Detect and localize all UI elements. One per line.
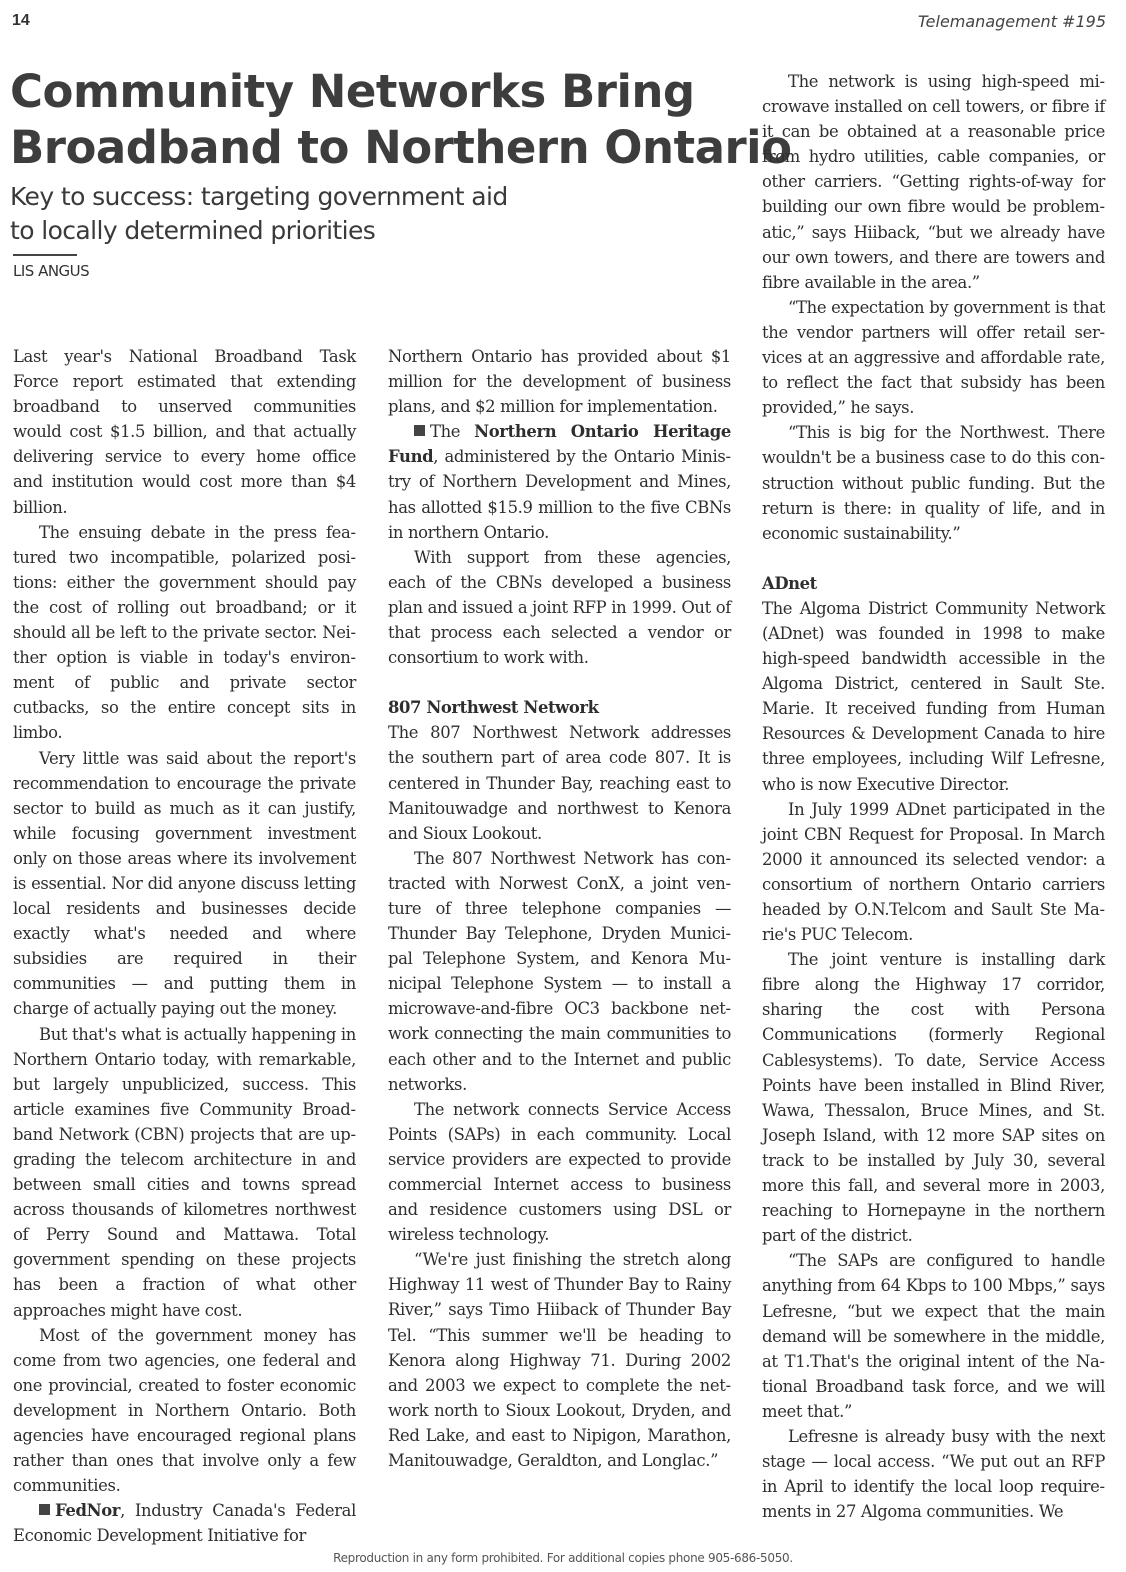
paragraph: The joint venture is installing dark fib… <box>762 947 1105 1248</box>
section-heading-807: 807 Northwest Network <box>388 695 731 720</box>
bullet-square-icon <box>414 425 425 436</box>
paragraph: The network is using high-speed mi­crowa… <box>762 69 1105 295</box>
spacer <box>762 546 1105 571</box>
paragraph: The 807 Northwest Network has con­tracte… <box>388 846 731 1097</box>
column-2: Northern Ontario has provided about $1 m… <box>388 344 731 1473</box>
paragraph: The 807 Northwest Network addresses the … <box>388 720 731 845</box>
column-1: Last year's National Broadband Task Forc… <box>13 344 356 1549</box>
subtitle-line-2: to locally determined priorities <box>10 214 550 248</box>
paragraph: Very little was said about the report's … <box>13 746 356 1022</box>
paragraph: Last year's National Broadband Task Forc… <box>13 344 356 520</box>
subtitle-line-1: Key to success: targeting government aid <box>10 180 550 214</box>
paragraph: “We're just finishing the stretch along … <box>388 1247 731 1473</box>
paragraph: With support from these agencies, each o… <box>388 545 731 670</box>
section-heading-adnet: ADnet <box>762 571 1105 596</box>
paragraph: The ensuing debate in the press fea­ture… <box>13 520 356 746</box>
paragraph: The Algoma District Community Network (A… <box>762 596 1105 797</box>
paragraph: The network connects Service Access Poin… <box>388 1097 731 1248</box>
article-subtitle: Key to success: targeting government aid… <box>10 180 550 248</box>
agency-name: FedNor <box>55 1501 120 1520</box>
bullet-square-icon <box>39 1504 50 1515</box>
page-number: 14 <box>12 12 30 30</box>
paragraph: “This is big for the Northwest. There wo… <box>762 420 1105 545</box>
paragraph: “The SAPs are configured to handle anyth… <box>762 1248 1105 1424</box>
paragraph: Most of the government money has come fr… <box>13 1323 356 1499</box>
paragraph: Lefresne is already busy with the next s… <box>762 1424 1105 1524</box>
paragraph: “The expectation by government is that t… <box>762 295 1105 420</box>
column-3: The network is using high-speed mi­crowa… <box>762 69 1105 1524</box>
paragraph-text: The <box>430 422 474 441</box>
paragraph-heritage-fund: The Northern Ontario Heritage Fund, admi… <box>388 419 731 544</box>
publication-issue: Telemanagement #195 <box>918 12 1106 31</box>
byline-rule <box>13 254 77 256</box>
title-line-1: Community Networks Bring <box>10 64 740 120</box>
paragraph: In July 1999 ADnet participated in the j… <box>762 797 1105 948</box>
paragraph: Northern Ontario has provided about $1 m… <box>388 344 731 419</box>
paragraph-text: , administered by the Ontario Minis­try … <box>388 447 731 541</box>
byline: LIS ANGUS <box>13 262 89 280</box>
article-title: Community Networks Bring Broadband to No… <box>10 64 740 176</box>
paragraph: But that's what is actually happening in… <box>13 1022 356 1323</box>
paragraph-fednor: FedNor, Industry Canada's Federal Econom… <box>13 1498 356 1548</box>
title-line-2: Broadband to Northern Ontario <box>10 120 740 176</box>
copyright-footer: Reproduction in any form prohibited. For… <box>0 1551 1126 1565</box>
spacer <box>388 670 731 695</box>
